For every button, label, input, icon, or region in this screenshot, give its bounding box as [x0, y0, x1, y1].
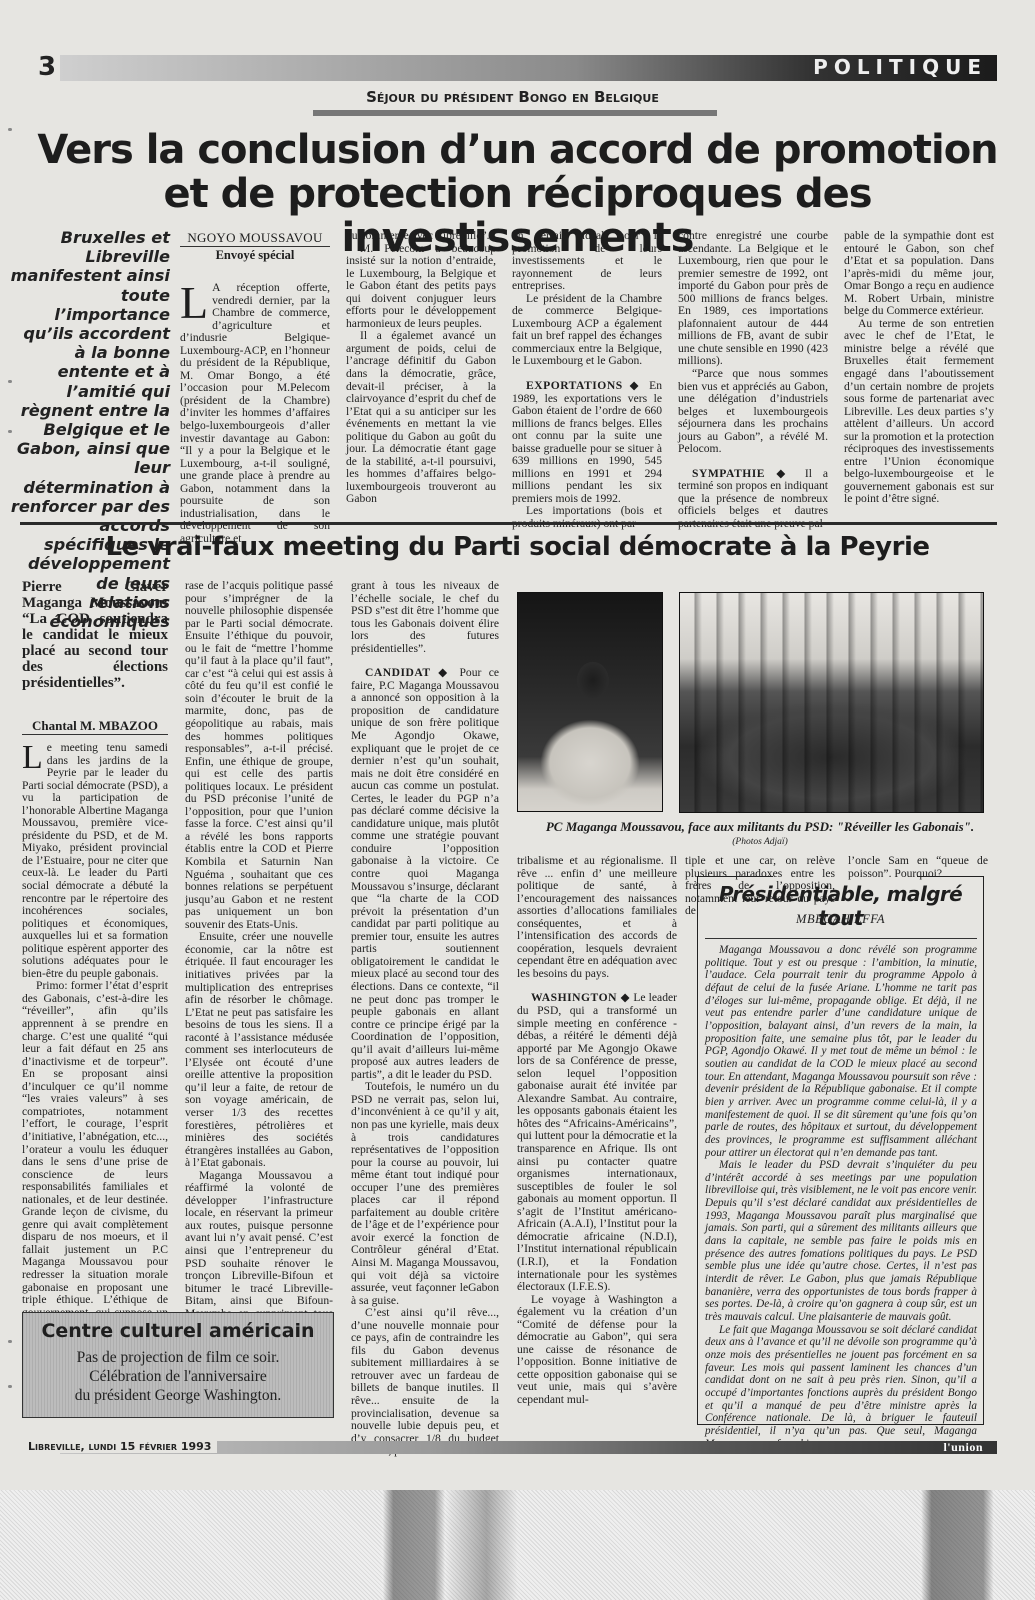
paragraph: e meeting tenu samedi dans les jardins d…: [22, 741, 168, 980]
paragraph: Au terme de son entretien avec le chef d…: [844, 318, 994, 506]
paragraph: pable de la sympathie dont est entouré l…: [844, 230, 994, 318]
footer-dateline: Libreville, lundi 15 février 1993: [28, 1440, 217, 1453]
paragraph: du commerce avec Libreville”.: [346, 230, 496, 243]
section-label: POLITIQUE: [813, 55, 987, 81]
story2-headline: Le vrai-faux meeting du Parti social dém…: [20, 530, 1015, 564]
story2-byline-name: Chantal M. MBAZOO: [22, 718, 168, 734]
photo-psd-militants-crowd: [679, 592, 984, 813]
story1-kicker: Séjour du président Bongo en Belgique: [310, 88, 715, 106]
paragraph: contre enregistré une courbe ascendante.…: [678, 230, 828, 368]
story2-pull-quote: Pierre Claver Maganga Moussavou: “La COD…: [22, 579, 168, 691]
sidebar-top-rule: [917, 876, 983, 877]
sidebar-top-rule: [697, 876, 773, 877]
paragraph: Il a égalemet avancé un argument de poid…: [346, 330, 496, 506]
dropcap: L: [22, 744, 43, 772]
notice-line: du président George Washington.: [22, 1386, 334, 1405]
story1-column-4: contre enregistré une courbe ascendante.…: [678, 230, 828, 531]
subhead-sympathie: SYMPATHIE ◆: [692, 467, 794, 480]
paragraph: tribalisme et au régionalisme. Il rêve .…: [517, 855, 677, 980]
story2-column-3: grant à tous les niveaux de l’échelle so…: [351, 580, 499, 1458]
subhead-washington: WASHINGTON ◆: [531, 991, 630, 1004]
kicker-underline: [313, 110, 717, 116]
photo-speaker-with-microphone: [517, 592, 663, 812]
paragraph: Maganga Moussavou a donc révélé son prog…: [705, 944, 977, 1159]
margin-mark: [8, 430, 12, 433]
notice-title: Centre culturel américain: [22, 1320, 334, 1342]
story2-column-4: tribalisme et au régionalisme. Il rêve .…: [517, 855, 677, 1407]
dropcap: L: [180, 284, 208, 322]
story1-byline-role: Envoyé spécial: [180, 248, 330, 263]
paragraph: En 1989, les exportations vers le Gabon …: [512, 379, 662, 505]
paragraph: “Parce que nous sommes bien vus et appré…: [678, 368, 828, 456]
scan-artifact-area: [0, 1490, 1035, 1600]
paragraph: Toutefois, le numéro un du PSD ne verrai…: [351, 1081, 499, 1307]
margin-mark: [8, 380, 12, 383]
story1-column-5: pable de la sympathie dont est entouré l…: [844, 230, 994, 506]
paragraph: Le président de la Chambre de commerce B…: [512, 293, 662, 368]
subhead-candidat: CANDIDAT ◆: [365, 666, 452, 679]
paragraph: Le leader du PSD, qui a transformé un si…: [517, 991, 677, 1293]
story1-column-1: LA réception offerte, vendredi dernier, …: [180, 282, 330, 545]
byline-rule: [22, 734, 168, 735]
paragraph: Le fait que Maganga Moussavou se soit dé…: [705, 1324, 977, 1451]
paragraph: grant à tous les niveaux de l’échelle so…: [351, 580, 499, 655]
paragraph: M. Pelecom a beaucoup insisté sur la not…: [346, 243, 496, 331]
story1-column-3: un terrain idéal pour la promotion de le…: [512, 230, 662, 531]
page-number: 3: [38, 52, 56, 82]
notice-line: Pas de projection de film ce soir.: [22, 1348, 334, 1367]
paragraph: Mais le leader du PSD devrait s’inquiéte…: [705, 1159, 977, 1324]
newspaper-brand: l'union: [943, 1440, 983, 1455]
story1-standfirst: Bruxelles et Libreville manifestent ains…: [10, 228, 170, 631]
paragraph: un terrain idéal pour la promotion de le…: [512, 230, 662, 293]
margin-mark: [8, 1385, 12, 1388]
margin-mark: [8, 128, 12, 131]
subhead-exportations: EXPORTATIONS ◆: [526, 379, 643, 392]
photo-credit: (Photos Adjaï): [505, 837, 1015, 847]
story2-column-1: Le meeting tenu samedi dans les jardins …: [22, 742, 168, 1344]
sidebar-byline: MBEGAH EFFA: [697, 912, 984, 927]
story2-column-2: rase de l’acquis politique passé pour s’…: [185, 580, 333, 1345]
story1-byline-name: NGOYO MOUSSAVOU: [180, 230, 330, 246]
byline-rule: [180, 246, 330, 247]
paragraph: C’est ainsi qu’il rêve..., d’une nouvell…: [351, 1307, 499, 1458]
paragraph: Ensuite, créer une nouvelle économie, ca…: [185, 931, 333, 1169]
paragraph: Primo: former l’état d’esprit des Gabona…: [22, 980, 168, 1344]
paragraph: Pour ce faire, P.C Maganga Moussavou a a…: [351, 666, 499, 1081]
photo-caption: PC Maganga Moussavou, face aux militants…: [505, 819, 1015, 835]
sidebar-body: Maganga Moussavou a donc révélé son prog…: [705, 944, 977, 1450]
paragraph: Le voyage à Washington a également vu la…: [517, 1294, 677, 1407]
paragraph: Les importations (bois et produits minér…: [512, 505, 662, 530]
notice-body: Pas de projection de film ce soir. Céléb…: [22, 1348, 334, 1405]
margin-mark: [8, 1340, 12, 1343]
notice-line: Célébration de l'anniversaire: [22, 1367, 334, 1386]
paragraph: rase de l’acquis politique passé pour s’…: [185, 580, 333, 931]
story-divider-rule: [20, 522, 997, 525]
story1-column-2: du commerce avec Libreville”. M. Pelecom…: [346, 230, 496, 506]
byline-rule: [705, 938, 977, 939]
